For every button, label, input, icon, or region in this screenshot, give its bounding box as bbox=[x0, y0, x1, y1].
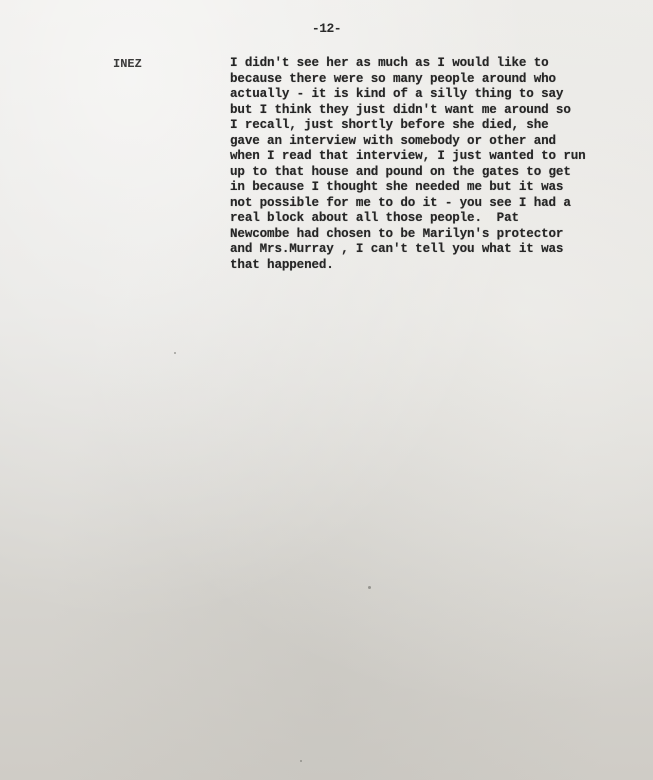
transcript-line: Newcombe had chosen to be Marilyn's prot… bbox=[230, 227, 650, 243]
transcript-line: real block about all those people. Pat bbox=[230, 211, 650, 227]
paper-speck bbox=[174, 352, 176, 354]
transcript-line: I recall, just shortly before she died, … bbox=[230, 118, 650, 134]
transcript-line: because there were so many people around… bbox=[230, 72, 650, 88]
document-page: -12- INEZ I didn't see her as much as I … bbox=[0, 0, 653, 780]
transcript-line: gave an interview with somebody or other… bbox=[230, 134, 650, 150]
transcript-line: not possible for me to do it - you see I… bbox=[230, 196, 650, 212]
transcript-body: I didn't see her as much as I would like… bbox=[230, 56, 650, 273]
paper-speck bbox=[368, 586, 371, 589]
transcript-line: that happened. bbox=[230, 258, 650, 274]
transcript-line: actually - it is kind of a silly thing t… bbox=[230, 87, 650, 103]
transcript-line: in because I thought she needed me but i… bbox=[230, 180, 650, 196]
transcript-line: up to that house and pound on the gates … bbox=[230, 165, 650, 181]
paper-speck bbox=[300, 760, 302, 762]
speaker-label: INEZ bbox=[113, 57, 142, 71]
transcript-line: and Mrs.Murray , I can't tell you what i… bbox=[230, 242, 650, 258]
transcript-line: but I think they just didn't want me aro… bbox=[230, 103, 650, 119]
transcript-line: when I read that interview, I just wante… bbox=[230, 149, 650, 165]
page-number: -12- bbox=[0, 21, 653, 36]
transcript-line: I didn't see her as much as I would like… bbox=[230, 56, 650, 72]
